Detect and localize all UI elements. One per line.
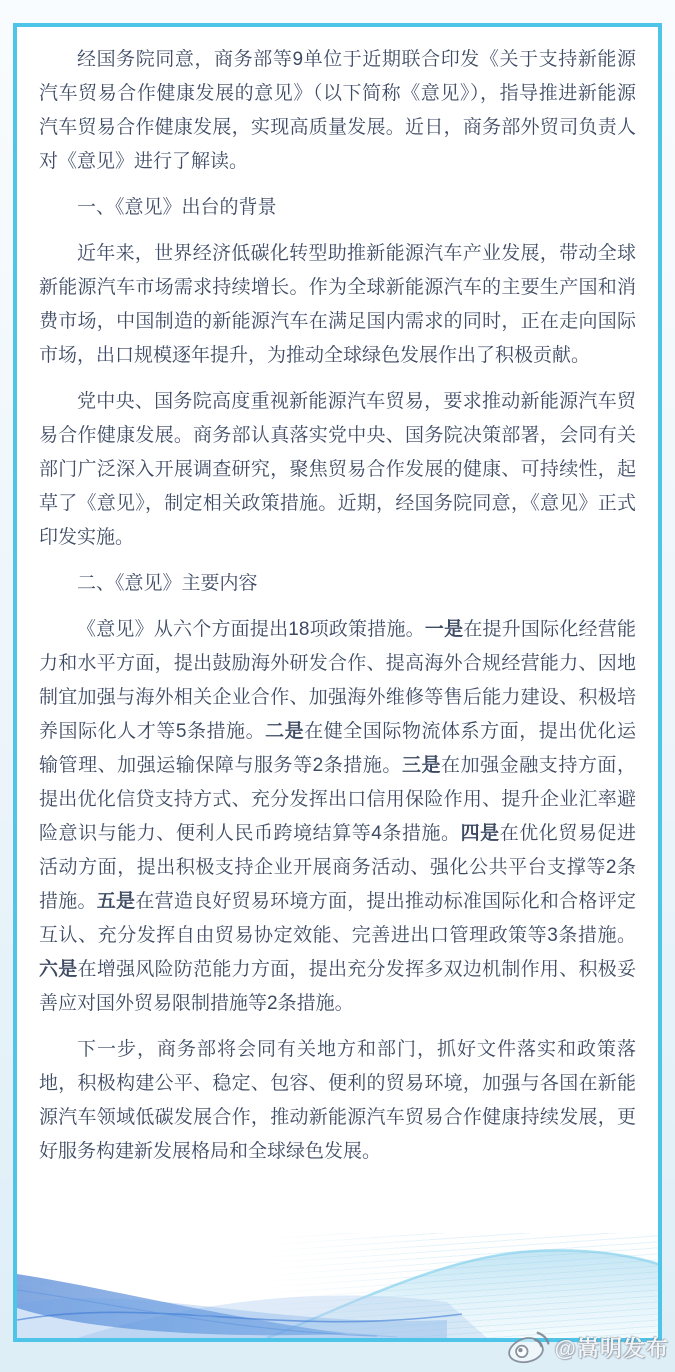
measures-segment-bold-4: 四是 <box>461 823 500 844</box>
article-content: 经国务院同意，商务部等9单位于近期联合印发《关于支持新能源汽车贸易合作健康发展的… <box>17 27 658 1181</box>
measures-segment-bold-2: 二是 <box>265 721 304 742</box>
section1-paragraph-2: 党中央、国务院高度重视新能源汽车贸易，要求推动新能源汽车贸易合作健康发展。商务部… <box>39 385 636 555</box>
watermark-handle: @嵩明发布 <box>555 1332 669 1363</box>
section2-measures-paragraph: 《意见》从六个方面提出18项政策措施。一是在提升国际化经营能力和水平方面，提出鼓… <box>39 613 636 1021</box>
section2-heading: 二、《意见》主要内容 <box>39 567 636 601</box>
measures-segment-bold-1: 一是 <box>425 619 463 640</box>
measures-segment-bold-6: 六是 <box>39 959 78 980</box>
measures-segment-bold-3: 三是 <box>402 755 441 776</box>
section1-heading: 一、《意见》出台的背景 <box>39 191 636 225</box>
wave-graphic <box>17 1188 658 1338</box>
article-card: 经国务院同意，商务部等9单位于近期联合印发《关于支持新能源汽车贸易合作健康发展的… <box>13 23 662 1342</box>
weibo-logo-icon <box>505 1328 551 1366</box>
intro-paragraph: 经国务院同意，商务部等9单位于近期联合印发《关于支持新能源汽车贸易合作健康发展的… <box>39 43 636 179</box>
measures-segment: 《意见》从六个方面提出18项政策措施。 <box>77 619 425 640</box>
wave-stripes-texture <box>261 1233 658 1338</box>
closing-paragraph: 下一步，商务部将会同有关地方和部门，抓好文件落实和政策落地，积极构建公平、稳定、… <box>39 1033 636 1169</box>
wave-decoration <box>17 1188 658 1338</box>
measures-segment: 在增强风险防范能力方面，提出充分发挥多双边机制作用、积极妥善应对国外贸易限制措施… <box>39 959 636 1014</box>
watermark: @嵩明发布 <box>505 1326 669 1368</box>
section1-paragraph-1: 近年来，世界经济低碳化转型助推新能源汽车产业发展，带动全球新能源汽车市场需求持续… <box>39 237 636 373</box>
measures-segment-bold-5: 五是 <box>97 891 136 912</box>
